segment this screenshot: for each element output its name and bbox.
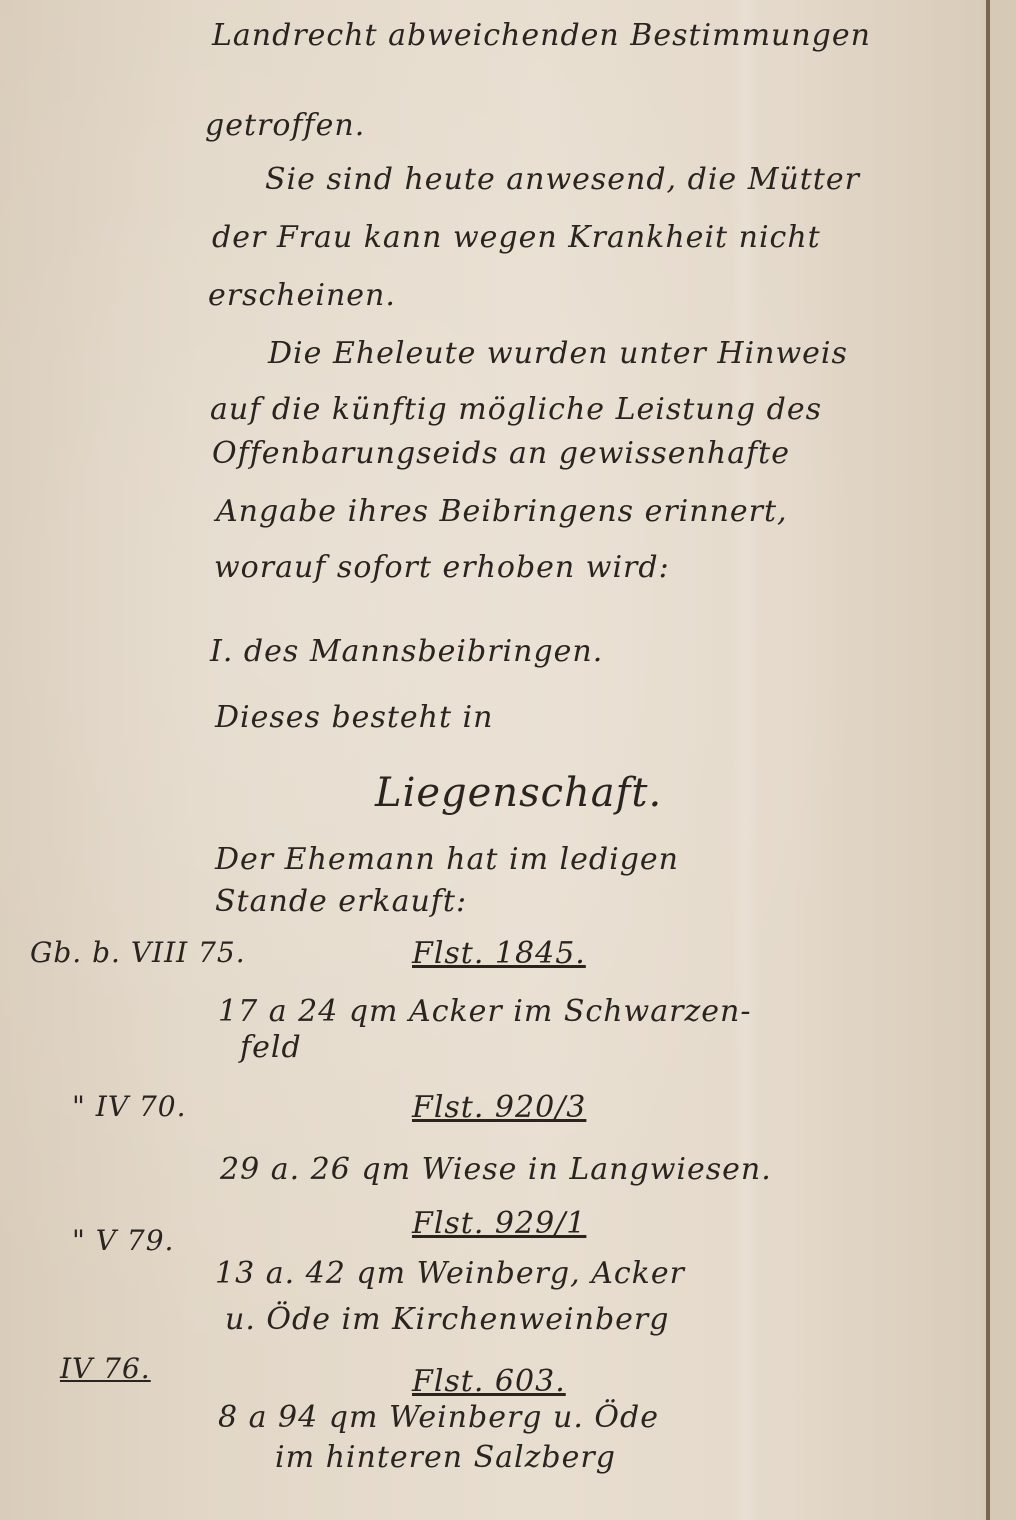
margin-note: Gb. b. VIII 75. bbox=[30, 936, 246, 969]
parcel-number: Flst. 929/1 bbox=[412, 1206, 586, 1241]
body-line: Sie sind heute anwesend, die Mütter bbox=[265, 162, 860, 197]
body-line: der Frau kann wegen Krankheit nicht bbox=[212, 220, 821, 255]
margin-note: " V 79. bbox=[72, 1224, 174, 1257]
parcel-description: 8 a 94 qm Weinberg u. Öde bbox=[218, 1400, 659, 1435]
body-line: Die Eheleute wurden unter Hinweis bbox=[268, 336, 848, 371]
body-line: Angabe ihres Beibringens erinnert, bbox=[216, 494, 788, 529]
margin-note: IV 76. bbox=[60, 1352, 151, 1385]
body-line: auf die künftig mögliche Leistung des bbox=[210, 392, 822, 427]
parcel-number: Flst. 603. bbox=[412, 1364, 566, 1399]
property-intro: Der Ehemann hat im ledigen bbox=[215, 842, 679, 877]
document-page: Landrecht abweichenden Bestimmungen getr… bbox=[0, 0, 986, 1520]
parcel-description: 29 a. 26 qm Wiese in Langwiesen. bbox=[220, 1152, 772, 1187]
parcel-description: im hinteren Salzberg bbox=[275, 1440, 616, 1475]
body-line: getroffen. bbox=[205, 108, 365, 143]
property-intro: Stande erkauft: bbox=[215, 884, 467, 919]
body-line: worauf sofort erhoben wird: bbox=[214, 550, 670, 585]
section-heading: I. des Mannsbeibringen. bbox=[210, 634, 603, 669]
body-line: Offenbarungseids an gewissenhafte bbox=[212, 436, 790, 471]
margin-note: " IV 70. bbox=[72, 1090, 187, 1123]
parcel-description: u. Öde im Kirchenweinberg bbox=[225, 1302, 669, 1337]
section-intro: Dieses besteht in bbox=[215, 700, 493, 735]
parcel-description: 17 a 24 qm Acker im Schwarzen- bbox=[218, 994, 751, 1029]
parcel-description: feld bbox=[240, 1030, 302, 1065]
parcel-number: Flst. 1845. bbox=[412, 936, 586, 971]
body-line: erscheinen. bbox=[208, 278, 396, 313]
subheading: Liegenschaft. bbox=[375, 770, 662, 816]
parcel-description: 13 a. 42 qm Weinberg, Acker bbox=[215, 1256, 685, 1291]
body-line: Landrecht abweichenden Bestimmungen bbox=[212, 18, 871, 53]
adjacent-page bbox=[990, 0, 1016, 1520]
parcel-number: Flst. 920/3 bbox=[412, 1090, 586, 1125]
